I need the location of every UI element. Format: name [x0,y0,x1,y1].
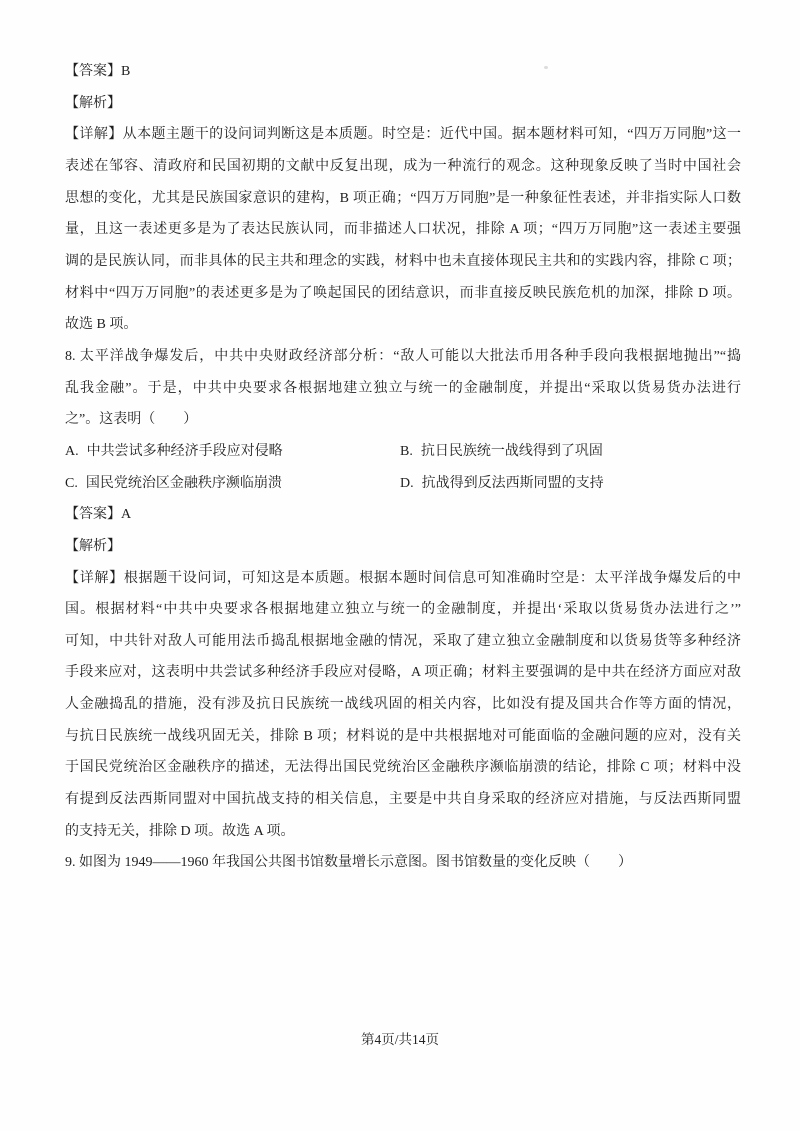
q8-option-D-letter: D. [400,476,414,491]
q8-option-D: D.抗战得到反法西斯同盟的支持 [400,468,741,500]
q9-stem-line: 9. 如图为 1949——1960 年我国公共图书馆数量增长示意图。图书馆数量的… [65,847,741,879]
q8-answer-line: 【答案】A [65,499,741,531]
q7-detail-line: 【详解】从本题主题干的设问词判断这是本质题。时空是：近代中国。据本题材料可知，“… [65,119,741,151]
q8-option-C-letter: C. [65,476,78,491]
q8-option-A-letter: A. [65,444,79,459]
q8-detail-line-last: 的支持无关，排除 D 项。故选 A 项。 [65,816,741,848]
q7-detail-line: 材料中“四万万同胞”的表述更多是为了唤起国民的团结意识，而非直接反映民族危机的加… [65,278,741,310]
q8-option-A: A.中共尝试多种经济手段应对侵略 [65,436,400,468]
q8-detail-line: 于国民党统治区金融秩序的描述，无法得出国民党统治区金融秩序濒临崩溃的结论，排除 … [65,752,741,784]
q8-option-B-text: 抗日民族统一战线得到了巩固 [421,444,603,459]
q7-detail-line: 思想的变化，尤其是民族国家意识的建构，B 项正确；“四万万同胞”是一种象征性表述… [65,183,741,215]
footer-page-indicator: 第4页/共14页 [0,1030,800,1050]
q8-option-row: C.国民党统治区金融秩序濒临崩溃 D.抗战得到反法西斯同盟的支持 [65,468,741,500]
q8-stem-line: 乱我金融”。于是，中共中央要求各根据地建立独立与统一的金融制度，并提出“采取以货… [65,373,741,405]
q8-detail-line: 国。根据材料“中共中央要求各根据地建立独立与统一的金融制度，并提出‘采取以货易货… [65,594,741,626]
q7-detail-line: 表述在邹容、清政府和民国初期的文献中反复出现，成为一种流行的观念。这种现象反映了… [65,151,741,183]
q8-detail-line: 【详解】根据题干设问词，可知这是本质题。根据本题时间信息可知准确时空是：太平洋战… [65,563,741,595]
q8-option-row: A.中共尝试多种经济手段应对侵略 B.抗日民族统一战线得到了巩固 [65,436,741,468]
q8-option-D-text: 抗战得到反法西斯同盟的支持 [422,476,604,491]
q8-option-B: B.抗日民族统一战线得到了巩固 [400,436,741,468]
q8-detail-line: 可知，中共针对敌人可能用法币捣乱根据地金融的情况，采取了建立独立金融制度和以货易… [65,626,741,658]
document-page: 【答案】B 【解析】 【详解】从本题主题干的设问词判断这是本质题。时空是：近代中… [0,0,800,1131]
q8-detail-line: 有提到反法西斯同盟对中国抗战支持的相关信息，主要是中共自身采取的经济应对措施，与… [65,784,741,816]
content-area: 【答案】B 【解析】 【详解】从本题主题干的设问词判断这是本质题。时空是：近代中… [65,56,741,879]
q8-option-B-letter: B. [400,444,413,459]
q8-detail-line: 人金融捣乱的措施，没有涉及抗日民族统一战线巩固的相关内容，比如没有提及国共合作等… [65,689,741,721]
q7-answer-line: 【答案】B [65,56,741,88]
q7-detail-line: 调的是民族认同，而非具体的民主共和理念的实践，材料中也未直接体现民主共和的实践内… [65,246,741,278]
q7-detail-line-last: 故选 B 项。 [65,309,741,341]
q8-stem-line: 8. 太平洋战争爆发后，中共中央财政经济部分析：“敌人可能以大批法币用各种手段向… [65,341,741,373]
q8-option-A-text: 中共尝试多种经济手段应对侵略 [87,444,283,459]
q8-option-C: C.国民党统治区金融秩序濒临崩溃 [65,468,400,500]
q7-detail-line: 量，且这一表述更多是为了表达民族认同，而非描述人口状况，排除 A 项；“四万万同… [65,214,741,246]
q8-detail-line: 手段来应对，这表明中共尝试多种经济手段应对侵略，A 项正确；材料主要强调的是中共… [65,657,741,689]
q8-analysis-label: 【解析】 [65,531,741,563]
q7-analysis-label: 【解析】 [65,88,741,120]
q8-detail-line: 与抗日民族统一战线巩固无关，排除 B 项；材料说的是中共根据地对可能面临的金融问… [65,721,741,753]
q8-stem-line-last: 之”。这表明（ ） [65,404,741,436]
q8-option-C-text: 国民党统治区金融秩序濒临崩溃 [86,476,282,491]
